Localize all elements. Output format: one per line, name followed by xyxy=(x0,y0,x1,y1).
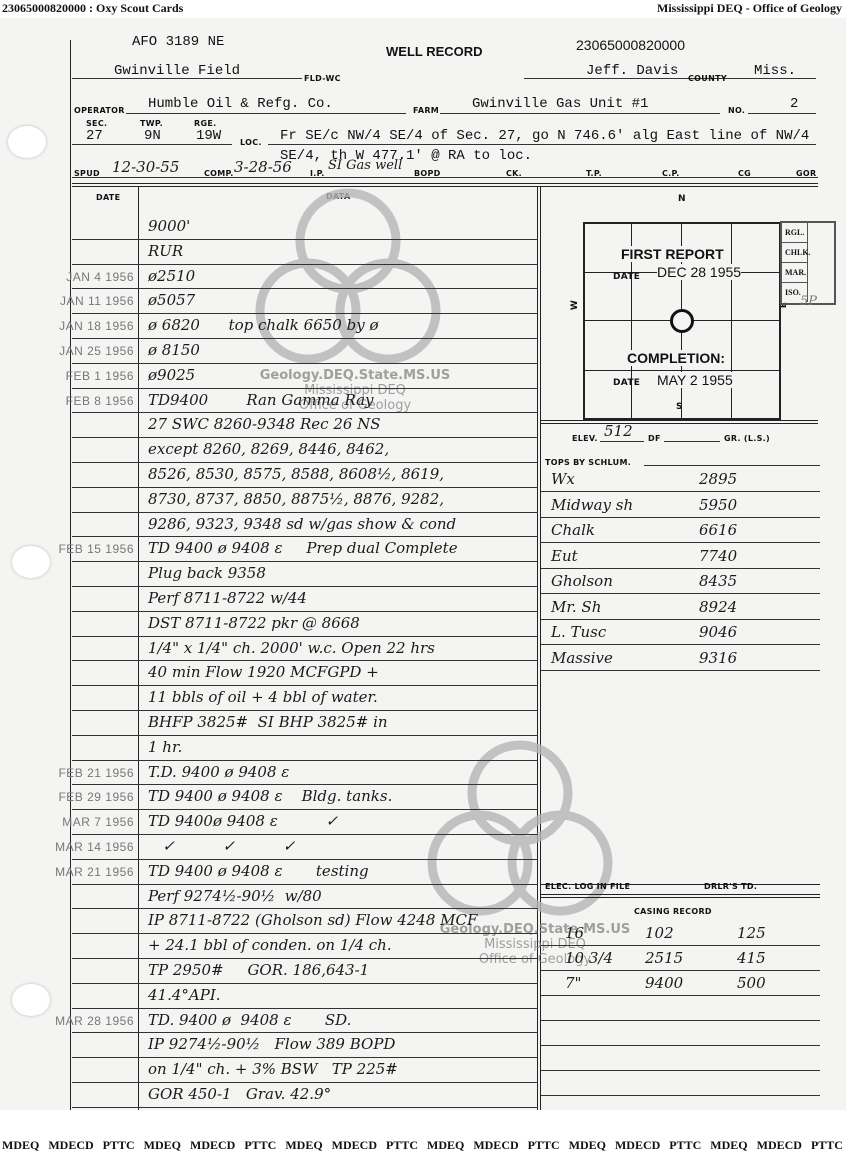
table-row: Plug back 9358 xyxy=(72,561,538,587)
table-row: 41.4°API. xyxy=(72,983,538,1009)
table-row: on 1/4" ch. + 3% BSW TP 225# xyxy=(72,1057,538,1083)
formation-depth: 5950 xyxy=(699,496,737,514)
casing-sacks: 500 xyxy=(737,974,766,992)
table-row: 1/4" x 1/4" ch. 2000' w.c. Open 22 hrs xyxy=(72,636,538,662)
formation-depth: 9046 xyxy=(699,623,737,641)
entry-data: TD 9400 ø 9408 ε Bldg. tanks. xyxy=(148,787,392,805)
table-row: MAR 28 1956TD. 9400 ø 9408 ε SD. xyxy=(72,1008,538,1034)
entry-data: TD 9400 ø 9408 ε testing xyxy=(148,862,369,880)
entry-data: ø2510 xyxy=(148,267,195,285)
range: 19W xyxy=(196,128,221,144)
check-table: RGL. CHLK. MAR. ISO. xyxy=(780,221,836,305)
title-bar: 23065000820000 : Oxy Scout Cards Mississ… xyxy=(0,0,846,18)
entry-data: TD 9400 ø 9408 ε Prep dual Complete xyxy=(148,539,458,557)
first-report-label: FIRST REPORT xyxy=(621,246,724,262)
table-row: JAN 18 1956ø 6820 top chalk 6650 by ø xyxy=(72,313,538,339)
field-name: Gwinville Field xyxy=(114,63,240,79)
elevation-value: 512 xyxy=(604,422,633,440)
casing-size: 10 3/4 xyxy=(565,949,613,967)
entry-data: RUR xyxy=(148,242,183,260)
table-row: + 24.1 bbl of conden. on 1/4 ch. xyxy=(72,933,538,959)
punch-hole-icon xyxy=(12,984,50,1016)
entry-data: DST 8711-8722 pkr @ 8668 xyxy=(148,614,360,632)
section: 27 xyxy=(86,128,103,144)
table-row: 9000' xyxy=(72,214,538,240)
well-record-card: AFO 3189 NE WELL RECORD 23065000820000 G… xyxy=(0,18,846,1110)
table-row: FEB 8 1956TD9400 Ran Gamma Ray xyxy=(72,388,538,414)
formation-depth: 8924 xyxy=(699,598,737,616)
entry-data: ø9025 xyxy=(148,366,195,384)
document-title: 23065000820000 : Oxy Scout Cards xyxy=(2,1,183,16)
table-row: FEB 29 1956TD 9400 ø 9408 ε Bldg. tanks. xyxy=(72,784,538,810)
entry-data: Perf 9274½-90½ w/80 xyxy=(148,887,322,905)
entry-date: FEB 1 1956 xyxy=(48,369,134,383)
formation-name: Wx xyxy=(551,470,575,488)
table-row: 40 min Flow 1920 MCFGPD + xyxy=(72,660,538,686)
table-row: 11 bbls of oil + 4 bbl of water. xyxy=(72,685,538,711)
initial-production: SI Gas well xyxy=(328,158,402,173)
entry-data: 41.4°API. xyxy=(148,986,221,1004)
date-column-header: DATE xyxy=(96,193,120,202)
well-location-icon xyxy=(670,309,694,333)
table-row: FEB 1 1956ø9025 xyxy=(72,363,538,389)
table-row: RUR xyxy=(72,239,538,265)
table-row: 9286, 9323, 9348 sd w/gas show & cond xyxy=(72,512,538,538)
formation-name: Mr. Sh xyxy=(551,598,601,616)
table-row: 7"9400500 xyxy=(541,970,820,996)
list-item: Massive9316 xyxy=(541,645,820,671)
casing-depth: 102 xyxy=(645,924,674,942)
table-row: JAN 25 1956ø 8150 xyxy=(72,338,538,364)
entry-data: TD9400 Ran Gamma Ray xyxy=(148,391,374,409)
casing-record-label: CASING RECORD xyxy=(634,907,712,916)
table-row: BHFP 3825# SI BHP 3825# in xyxy=(72,710,538,736)
casing-sacks: 125 xyxy=(737,924,766,942)
completion-date: 3-28-56 xyxy=(234,158,292,176)
table-row: DST 8711-8722 pkr @ 8668 xyxy=(72,611,538,637)
list-item: Midway sh5950 xyxy=(541,492,820,518)
entry-data: 40 min Flow 1920 MCFGPD + xyxy=(148,663,379,681)
entry-data: Plug back 9358 xyxy=(148,564,266,582)
casing-depth: 2515 xyxy=(645,949,683,967)
table-row: IP 9274½-90½ Flow 389 BOPD xyxy=(72,1032,538,1058)
farm-name: Gwinville Gas Unit #1 xyxy=(472,96,648,112)
punch-hole-icon xyxy=(8,126,46,158)
entry-data: IP 8711-8722 (Gholson sd) Flow 4248 MCF xyxy=(148,911,477,929)
casing-size: 7" xyxy=(565,974,581,992)
list-item: Chalk6616 xyxy=(541,517,820,543)
formation-name: Midway sh xyxy=(551,496,633,514)
spud-date: 12-30-55 xyxy=(112,158,179,176)
entry-date: MAR 7 1956 xyxy=(48,815,134,829)
formation-name: Massive xyxy=(551,649,613,667)
location-plat: FIRST REPORT DATE DEC 28 1955 COMPLETION… xyxy=(583,222,781,420)
entry-data: except 8260, 8269, 8446, 8462, xyxy=(148,440,389,458)
list-item: Eut7740 xyxy=(541,543,820,569)
entry-data: T.D. 9400 ø 9408 ε xyxy=(148,763,289,781)
table-row: 8730, 8737, 8850, 8875½, 8876, 9282, xyxy=(72,487,538,513)
casing-depth: 9400 xyxy=(645,974,683,992)
location-line-1: Fr SE/c NW/4 SE/4 of Sec. 27, go N 746.6… xyxy=(280,128,809,144)
api-number: 23065000820000 xyxy=(576,37,685,53)
table-row: 10 3/42515415 xyxy=(541,945,820,971)
afo-number: AFO 3189 NE xyxy=(132,34,224,50)
entry-date: JAN 4 1956 xyxy=(48,270,134,284)
table-row: 8526, 8530, 8575, 8588, 8608½, 8619, xyxy=(72,462,538,488)
table-row: MAR 21 1956TD 9400 ø 9408 ε testing xyxy=(72,859,538,885)
entry-data: 11 bbls of oil + 4 bbl of water. xyxy=(148,688,378,706)
table-row: 1 hr. xyxy=(72,735,538,761)
formation-name: L. Tusc xyxy=(551,623,606,641)
table-row: 16102125 xyxy=(541,920,820,946)
entry-data: ✓ ✓ ✓ xyxy=(148,837,295,855)
entry-date: FEB 15 1956 xyxy=(48,542,134,556)
entry-data: 27 SWC 8260-9348 Rec 26 NS xyxy=(148,415,381,433)
formation-depth: 2895 xyxy=(699,470,737,488)
table-row: FEB 21 1956T.D. 9400 ø 9408 ε xyxy=(72,760,538,786)
table-row: MAR 14 1956 ✓ ✓ ✓ xyxy=(72,834,538,860)
list-item: Wx2895 xyxy=(541,466,820,492)
casing-sacks: 415 xyxy=(737,949,766,967)
county-name: Jeff. Davis xyxy=(586,63,678,79)
entry-data: 9286, 9323, 9348 sd w/gas show & cond xyxy=(148,515,456,533)
first-report-date: DEC 28 1955 xyxy=(657,264,741,280)
table-row: Perf 9274½-90½ w/80 xyxy=(72,884,538,910)
formation-name: Gholson xyxy=(551,572,613,590)
entry-data: on 1/4" ch. + 3% BSW TP 225# xyxy=(148,1060,398,1078)
entry-data: 8730, 8737, 8850, 8875½, 8876, 9282, xyxy=(148,490,444,508)
table-row: Perf 8711-8722 w/44 xyxy=(72,586,538,612)
entry-date: JAN 25 1956 xyxy=(48,344,134,358)
footer-banner: MDEQ MDECD PTTC MDEQ MDECD PTTC MDEQ MDE… xyxy=(0,1138,846,1153)
completion-stamp-date: MAY 2 1955 xyxy=(657,372,733,388)
entry-data: 1 hr. xyxy=(148,738,182,756)
entry-data: + 24.1 bbl of conden. on 1/4 ch. xyxy=(148,936,392,954)
casing-size: 16 xyxy=(565,924,584,942)
table-row: GOR 450-1 Grav. 42.9° xyxy=(72,1082,538,1108)
township: 9N xyxy=(144,128,161,144)
entry-data: TD 9400ø 9408 ε ✓ xyxy=(148,812,338,830)
entry-data: 8526, 8530, 8575, 8588, 8608½, 8619, xyxy=(148,465,444,483)
entry-date: FEB 8 1956 xyxy=(48,394,134,408)
formation-depth: 9316 xyxy=(699,649,737,667)
table-row: JAN 4 1956ø2510 xyxy=(72,264,538,290)
formation-depth: 7740 xyxy=(699,547,737,565)
entry-date: MAR 14 1956 xyxy=(48,840,134,854)
entry-data: ø 8150 xyxy=(148,341,200,359)
entry-data: TD. 9400 ø 9408 ε SD. xyxy=(148,1011,351,1029)
entry-date: FEB 21 1956 xyxy=(48,766,134,780)
entry-data: 1/4" x 1/4" ch. 2000' w.c. Open 22 hrs xyxy=(148,639,435,657)
entry-data: GOR 450-1 Grav. 42.9° xyxy=(148,1085,331,1103)
table-row: 27 SWC 8260-9348 Rec 26 NS xyxy=(72,412,538,438)
well-number: 2 xyxy=(790,96,798,112)
entry-data: Perf 8711-8722 w/44 xyxy=(148,589,307,607)
formation-depth: 8435 xyxy=(699,572,737,590)
table-row: TP 2950# GOR. 186,643-1 xyxy=(72,958,538,984)
entry-data: 9000' xyxy=(148,217,190,235)
table-row: MAR 7 1956TD 9400ø 9408 ε ✓ xyxy=(72,809,538,835)
table-row: except 8260, 8269, 8446, 8462, xyxy=(72,437,538,463)
entry-data: ø5057 xyxy=(148,291,195,309)
entry-data: IP 9274½-90½ Flow 389 BOPD xyxy=(148,1035,395,1053)
entry-date: JAN 11 1956 xyxy=(48,294,134,308)
formation-name: Chalk xyxy=(551,521,595,539)
punch-hole-icon xyxy=(12,546,50,578)
form-title: WELL RECORD xyxy=(386,44,483,59)
table-row: FEB 15 1956TD 9400 ø 9408 ε Prep dual Co… xyxy=(72,536,538,562)
form-border xyxy=(70,40,71,1110)
entry-date: JAN 18 1956 xyxy=(48,319,134,333)
entry-date: MAR 28 1956 xyxy=(48,1014,134,1028)
entry-date: FEB 29 1956 xyxy=(48,790,134,804)
side-note: 5P xyxy=(800,294,817,309)
formation-name: Eut xyxy=(551,547,578,565)
state-name: Miss. xyxy=(754,63,796,79)
list-item: Gholson8435 xyxy=(541,568,820,594)
entry-data: BHFP 3825# SI BHP 3825# in xyxy=(148,713,388,731)
list-item: Mr. Sh8924 xyxy=(541,594,820,620)
agency-label: Mississippi DEQ - Office of Geology xyxy=(657,1,842,16)
operator-name: Humble Oil & Refg. Co. xyxy=(148,96,333,112)
list-item: L. Tusc9046 xyxy=(541,619,820,645)
table-row: IP 8711-8722 (Gholson sd) Flow 4248 MCF xyxy=(72,908,538,934)
entry-data: ø 6820 top chalk 6650 by ø xyxy=(148,316,379,334)
entry-date: MAR 21 1956 xyxy=(48,865,134,879)
entry-data: TP 2950# GOR. 186,643-1 xyxy=(148,961,369,979)
formation-depth: 6616 xyxy=(699,521,737,539)
location-line-2: SE/4, th W 477.1' @ RA to loc. xyxy=(280,148,532,164)
table-row: JAN 11 1956ø5057 xyxy=(72,288,538,314)
completion-label: COMPLETION: xyxy=(627,350,725,366)
